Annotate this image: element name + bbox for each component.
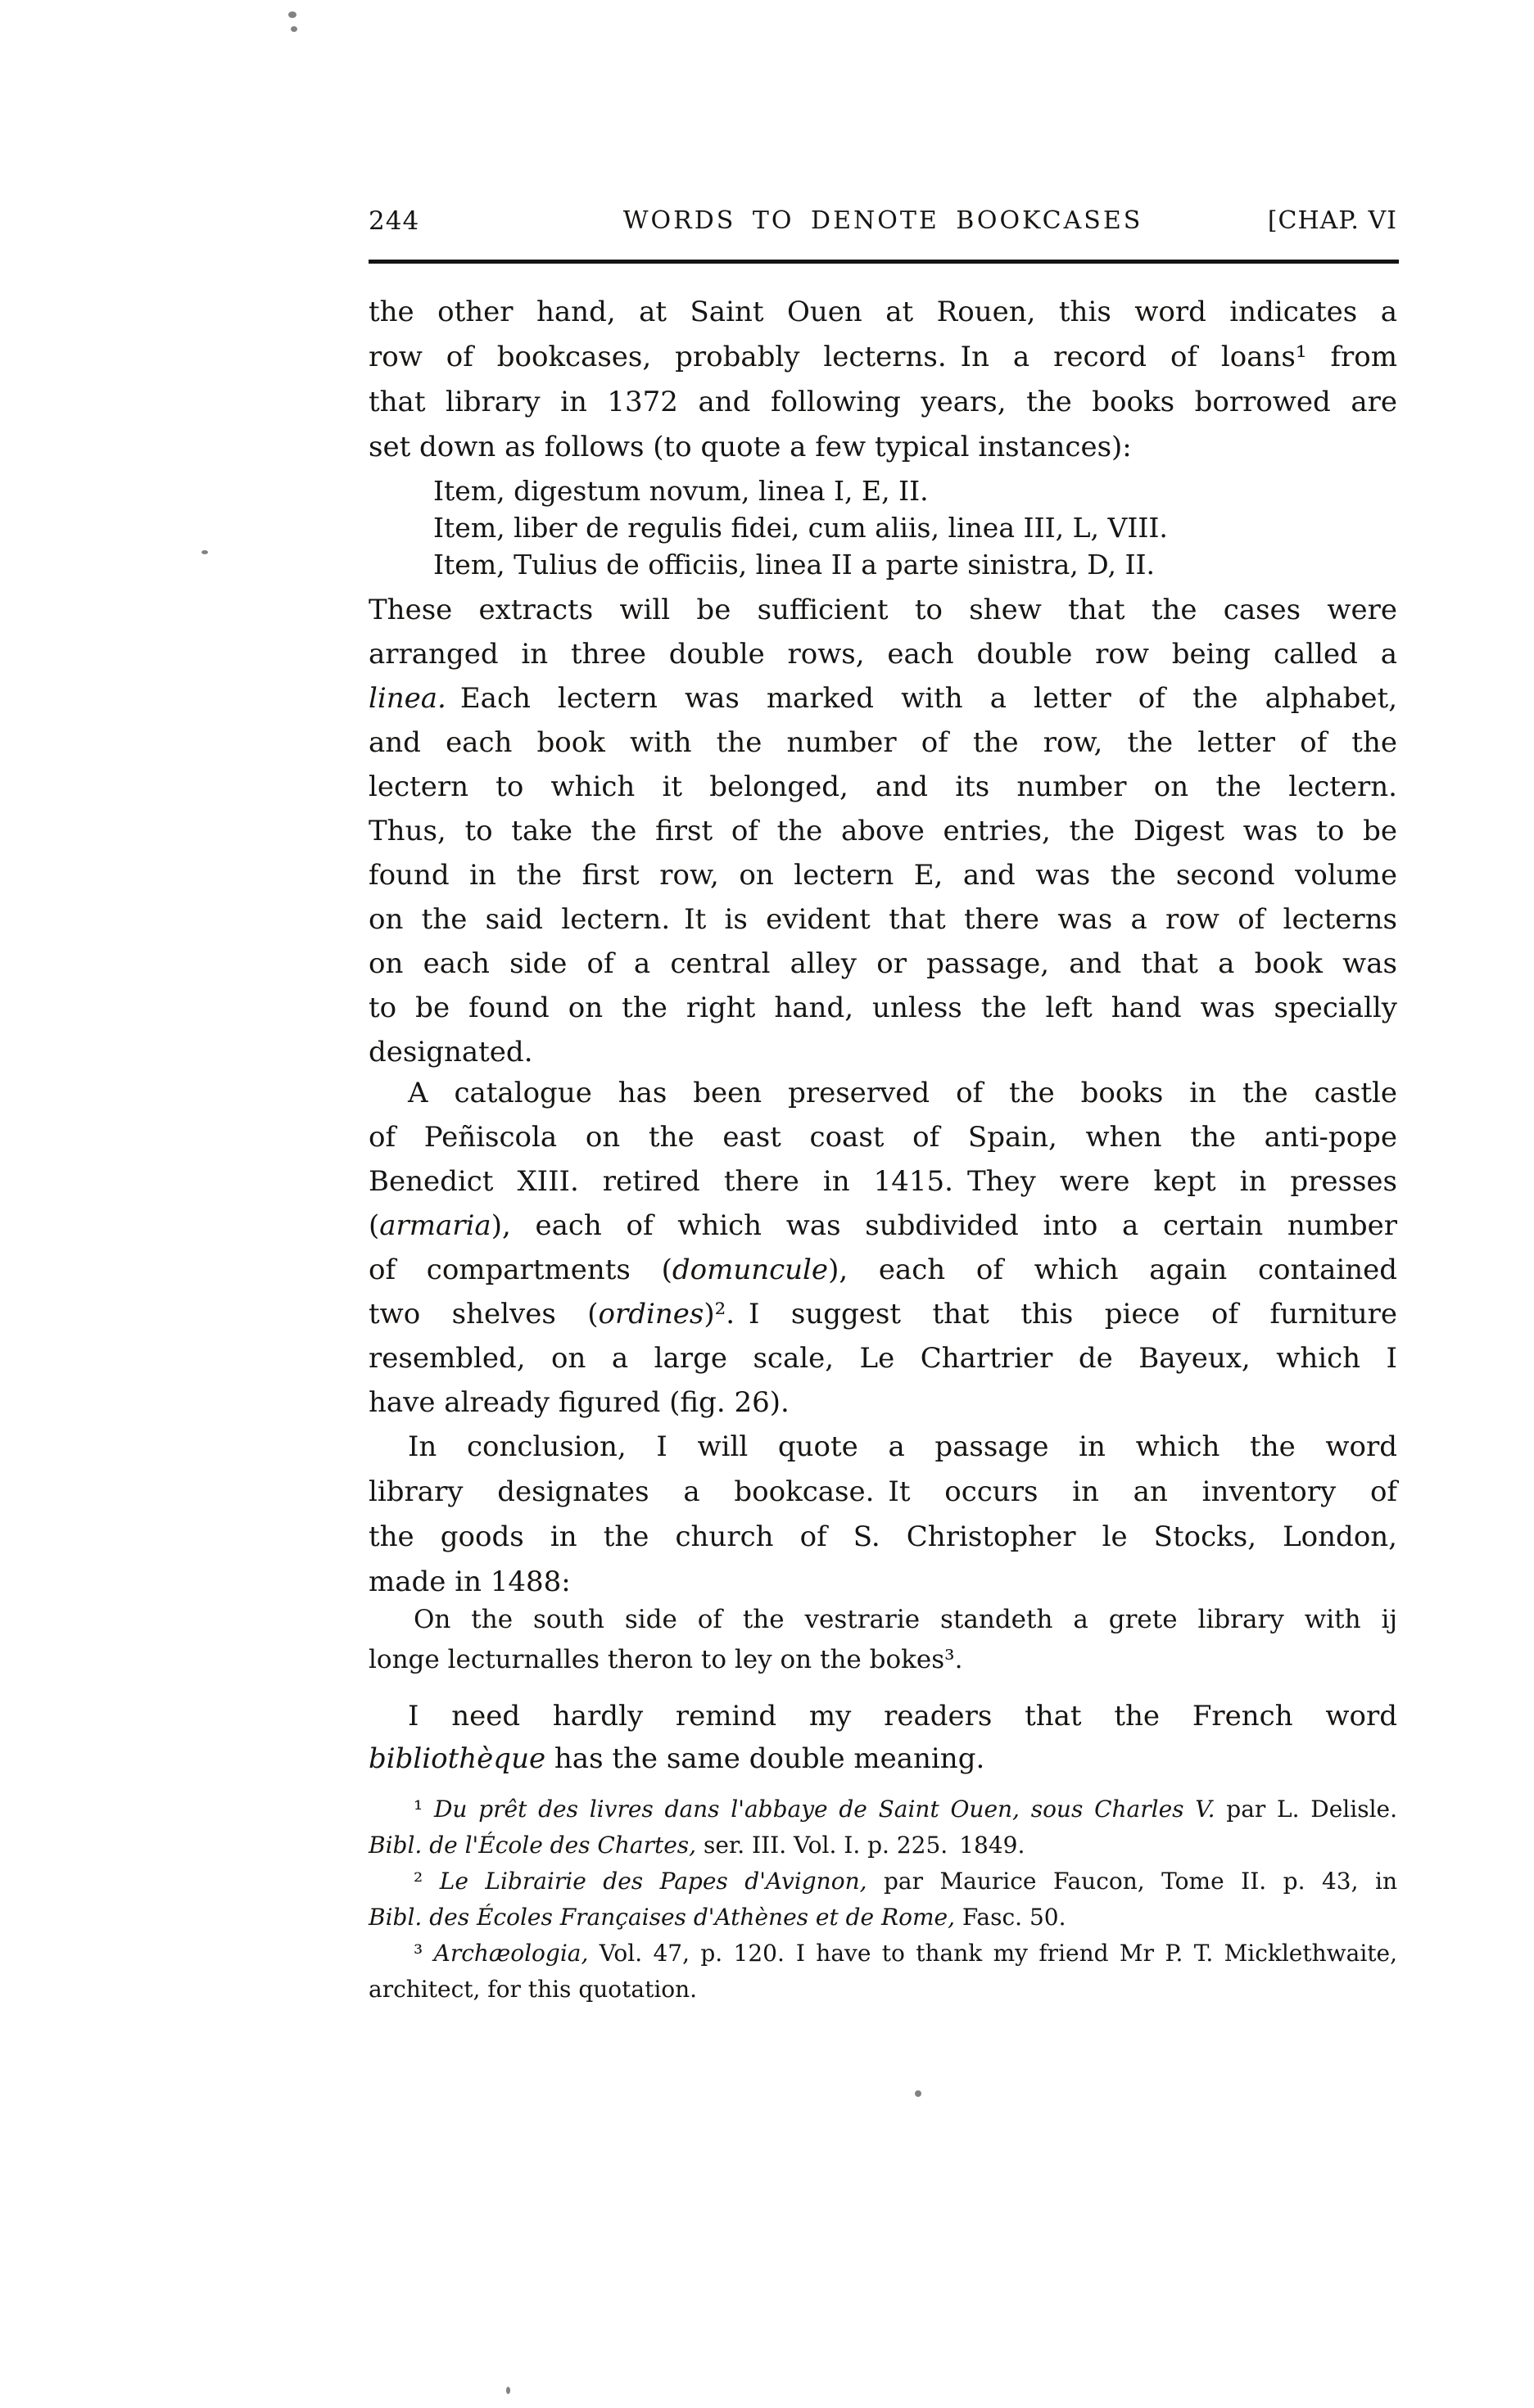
scan-speck	[506, 2387, 510, 2394]
text-line: have already figured (fig. 26).	[369, 1380, 1397, 1425]
text-line: to be found on the right hand, unless th…	[369, 986, 1397, 1030]
scan-speck	[201, 550, 208, 554]
text-line: These extracts will be sufficient to she…	[369, 588, 1397, 632]
paragraph-catalogue: A catalogue has been preserved of the bo…	[369, 1071, 1397, 1425]
text-line: In conclusion, I will quote a passage in…	[369, 1425, 1397, 1470]
text-line: set down as follows (to quote a few typi…	[369, 425, 1397, 470]
footnotes: ¹ Du prêt des livres dans l'abbaye de Sa…	[369, 1791, 1397, 2008]
text-line: I need hardly remind my readers that the…	[369, 1695, 1397, 1737]
text-line: of compartments (domuncule), each of whi…	[369, 1248, 1397, 1292]
text-line: Item, liber de regulis fidei, cum aliis,…	[433, 509, 1397, 546]
text-line: Thus, to take the first of the above ent…	[369, 809, 1397, 853]
text-line: the goods in the church of S. Christophe…	[369, 1515, 1397, 1560]
text-line: row of bookcases, probably lecterns. In …	[369, 335, 1397, 380]
text-line: the other hand, at Saint Ouen at Rouen, …	[369, 290, 1397, 335]
paragraph-continuation: the other hand, at Saint Ouen at Rouen, …	[369, 290, 1397, 470]
text-line: on the said lectern. It is evident that …	[369, 897, 1397, 942]
text-line: architect, for this quotation.	[369, 1972, 1397, 2008]
page-header: 244 WORDS TO DENOTE BOOKCASES [CHAP. VI	[369, 205, 1397, 237]
text-line: found in the first row, on lectern E, an…	[369, 853, 1397, 897]
text-line: longe lecturnalles theron to ley on the …	[369, 1640, 1397, 1680]
text-line: on each side of a central alley or passa…	[369, 942, 1397, 986]
inventory-quotation: On the south side of the vestrarie stand…	[369, 1600, 1397, 1680]
text-line: that library in 1372 and following years…	[369, 380, 1397, 425]
text-line: On the south side of the vestrarie stand…	[369, 1600, 1397, 1640]
book-page: 244 WORDS TO DENOTE BOOKCASES [CHAP. VI …	[0, 0, 1534, 2408]
loan-record-list: Item, digestum novum, linea I, E, II.Ite…	[433, 472, 1397, 583]
text-line: lectern to which it belonged, and its nu…	[369, 765, 1397, 809]
text-line: ¹ Du prêt des livres dans l'abbaye de Sa…	[369, 1791, 1397, 1827]
paragraph-conclusion: In conclusion, I will quote a passage in…	[369, 1425, 1397, 1605]
text-line: of Peñiscola on the east coast of Spain,…	[369, 1115, 1397, 1159]
text-line: linea. Each lectern was marked with a le…	[369, 676, 1397, 721]
text-line: Bibl. des Écoles Françaises d'Athènes et…	[369, 1900, 1397, 1936]
text-line: Item, Tulius de officiis, linea II a par…	[433, 546, 1397, 583]
text-line: ³ Archæologia, Vol. 47, p. 120. I have t…	[369, 1936, 1397, 1972]
paragraph-french-word: I need hardly remind my readers that the…	[369, 1695, 1397, 1780]
text-line: and each book with the number of the row…	[369, 721, 1397, 765]
text-line: two shelves (ordines)². I suggest that t…	[369, 1292, 1397, 1336]
text-line: designated.	[369, 1030, 1397, 1074]
scan-speck	[915, 2090, 921, 2097]
text-line: (armaria), each of which was subdivided …	[369, 1204, 1397, 1248]
text-line: Item, digestum novum, linea I, E, II.	[433, 472, 1397, 509]
paragraph-extracts: These extracts will be sufficient to she…	[369, 588, 1397, 1074]
text-line: bibliothèque has the same double meaning…	[369, 1737, 1397, 1780]
running-title: WORDS TO DENOTE BOOKCASES	[369, 205, 1397, 237]
scan-speck	[288, 11, 296, 18]
text-line: Benedict XIII. retired there in 1415. Th…	[369, 1159, 1397, 1204]
text-line: made in 1488:	[369, 1560, 1397, 1605]
text-line: resembled, on a large scale, Le Chartrie…	[369, 1336, 1397, 1380]
text-line: library designates a bookcase. It occurs…	[369, 1470, 1397, 1515]
text-line: Bibl. de l'École des Chartes, ser. III. …	[369, 1827, 1397, 1864]
scan-speck	[291, 26, 297, 32]
header-rule	[369, 260, 1399, 264]
chapter-label: [CHAP. VI	[1268, 205, 1397, 237]
text-line: arranged in three double rows, each doub…	[369, 632, 1397, 676]
text-line: A catalogue has been preserved of the bo…	[369, 1071, 1397, 1115]
text-line: ² Le Librairie des Papes d'Avignon, par …	[369, 1864, 1397, 1900]
